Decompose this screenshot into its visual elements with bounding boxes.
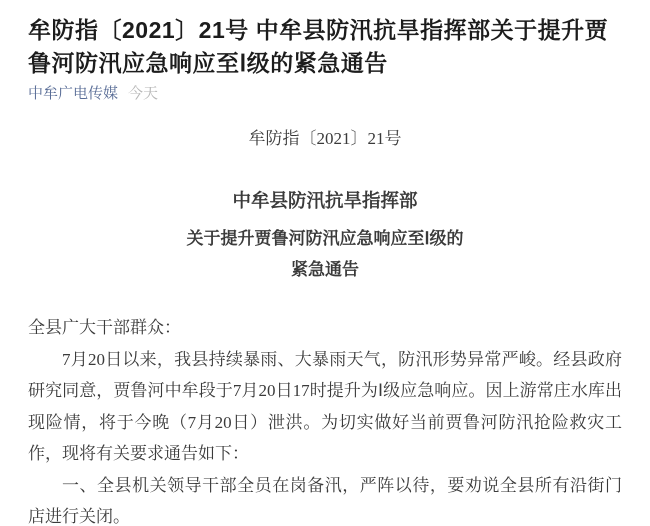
doc-number: 牟防指〔2021〕21号 bbox=[28, 127, 622, 150]
byline: 中牟广电传媒 今天 bbox=[28, 86, 622, 101]
issuing-org-name: 中牟县防汛抗旱指挥部 bbox=[28, 190, 622, 215]
doc-subtitle-line1: 关于提升贾鲁河防汛应急响应至Ⅰ级的 bbox=[28, 227, 622, 251]
article-title: 牟防指〔2021〕21号 中牟县防汛抗旱指挥部关于提升贾鲁河防汛应急响应至Ⅰ级的… bbox=[28, 14, 622, 80]
document-body: 牟防指〔2021〕21号 中牟县防汛抗旱指挥部 关于提升贾鲁河防汛应急响应至Ⅰ级… bbox=[28, 127, 622, 526]
salutation: 全县广大干部群众： bbox=[28, 312, 622, 344]
doc-subtitle-line2: 紧急通告 bbox=[28, 258, 622, 282]
paragraph-2: 一、全县机关领导干部全员在岗备汛，严阵以待，要劝说全县所有沿街门店进行关闭。 bbox=[28, 470, 622, 526]
account-name-link[interactable]: 中牟广电传媒 bbox=[28, 86, 118, 101]
article-page: 牟防指〔2021〕21号 中牟县防汛抗旱指挥部关于提升贾鲁河防汛应急响应至Ⅰ级的… bbox=[0, 0, 650, 526]
publish-date: 今天 bbox=[128, 86, 158, 101]
paragraph-1: 7月20日以来，我县持续暴雨、大暴雨天气，防汛形势异常严峻。经县政府研究同意，贾… bbox=[28, 344, 622, 470]
